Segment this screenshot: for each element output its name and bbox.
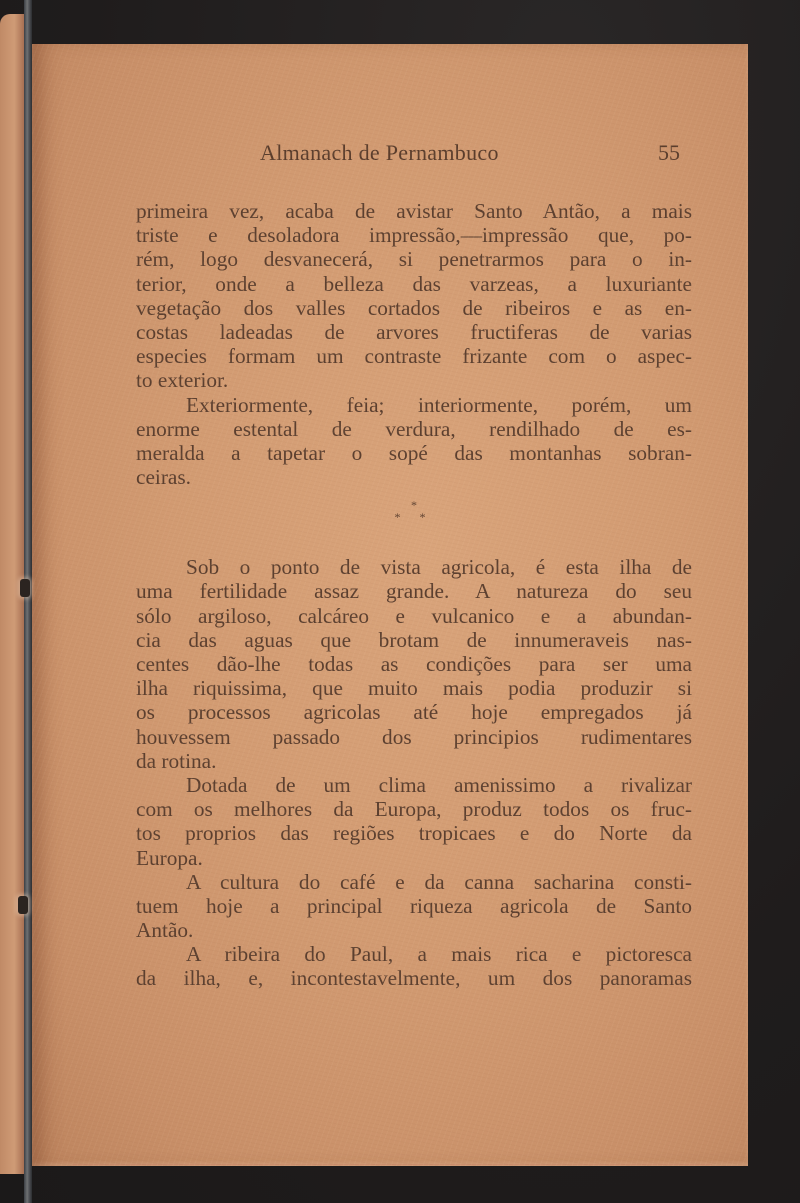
text-line: ceiras.	[136, 465, 692, 489]
text-line: uma fertilidade assaz grande. A natureza…	[136, 579, 692, 603]
book-spine	[24, 0, 32, 1203]
text-line: enorme estental de verdura, rendilhado d…	[136, 417, 692, 441]
text-line: cia das aguas que brotam de innumeraveis…	[136, 628, 692, 652]
text-line: Dotada de um clima amenissimo a rivaliza…	[136, 773, 692, 797]
body-text: primeira vez, acaba de avistar Santo Ant…	[136, 199, 692, 991]
text-line: to exterior.	[136, 368, 692, 392]
page-number: 55	[658, 140, 680, 166]
text-line: da rotina.	[136, 749, 692, 773]
binding-hole-top	[20, 579, 30, 597]
text-line: os processos agricolas até hoje empregad…	[136, 700, 692, 724]
asterism-star-row: * *	[395, 511, 434, 523]
paragraph-1: primeira vez, acaba de avistar Santo Ant…	[136, 199, 692, 393]
paragraph-5: A cultura do café e da canna sacharina c…	[136, 870, 692, 943]
text-line: Europa.	[136, 846, 692, 870]
binding-hole-bottom	[18, 896, 28, 914]
paragraph-4: Dotada de um clima amenissimo a rivaliza…	[136, 773, 692, 870]
text-line: primeira vez, acaba de avistar Santo Ant…	[136, 199, 692, 223]
paragraph-3: Sob o ponto de vista agricola, é esta il…	[136, 555, 692, 773]
text-line: sólo argiloso, calcáreo e vulcanico e a …	[136, 604, 692, 628]
text-line: tos proprios das regiões tropicaes e do …	[136, 821, 692, 845]
text-line: meralda a tapetar o sopé das montanhas s…	[136, 441, 692, 465]
book-page: Almanach de Pernambuco 55 primeira vez, …	[32, 44, 748, 1166]
text-line: vegetação dos valles cortados de ribeiro…	[136, 296, 692, 320]
text-line: houvessem passado dos principios rudimen…	[136, 725, 692, 749]
text-line: A ribeira do Paul, a mais rica e pictore…	[136, 942, 692, 966]
text-line: com os melhores da Europa, produz todos …	[136, 797, 692, 821]
text-line: centes dão-lhe todas as condições para s…	[136, 652, 692, 676]
running-title: Almanach de Pernambuco	[260, 140, 499, 166]
section-asterism: * * *	[136, 489, 692, 555]
text-line: ilha riquissima, que muito mais podia pr…	[136, 676, 692, 700]
running-header: Almanach de Pernambuco 55	[32, 140, 748, 170]
text-line: costas ladeadas de arvores fructiferas d…	[136, 320, 692, 344]
text-line: Antão.	[136, 918, 692, 942]
text-line: rém, logo desvanecerá, si penetrarmos pa…	[136, 247, 692, 271]
page-bottom-edge	[72, 1164, 712, 1165]
text-line: tuem hoje a principal riqueza agricola d…	[136, 894, 692, 918]
text-line: da ilha, e, incontestavelmente, um dos p…	[136, 966, 692, 990]
paragraph-6: A ribeira do Paul, a mais rica e pictore…	[136, 942, 692, 990]
paragraph-2: Exteriormente, feia; interiormente, poré…	[136, 393, 692, 490]
text-line: especies formam um contraste frizante co…	[136, 344, 692, 368]
text-line: Exteriormente, feia; interiormente, poré…	[136, 393, 692, 417]
text-line: Sob o ponto de vista agricola, é esta il…	[136, 555, 692, 579]
text-line: A cultura do café e da canna sacharina c…	[136, 870, 692, 894]
text-line: terior, onde a belleza das varzeas, a lu…	[136, 272, 692, 296]
text-line: triste e desoladora impressão,—impressão…	[136, 223, 692, 247]
